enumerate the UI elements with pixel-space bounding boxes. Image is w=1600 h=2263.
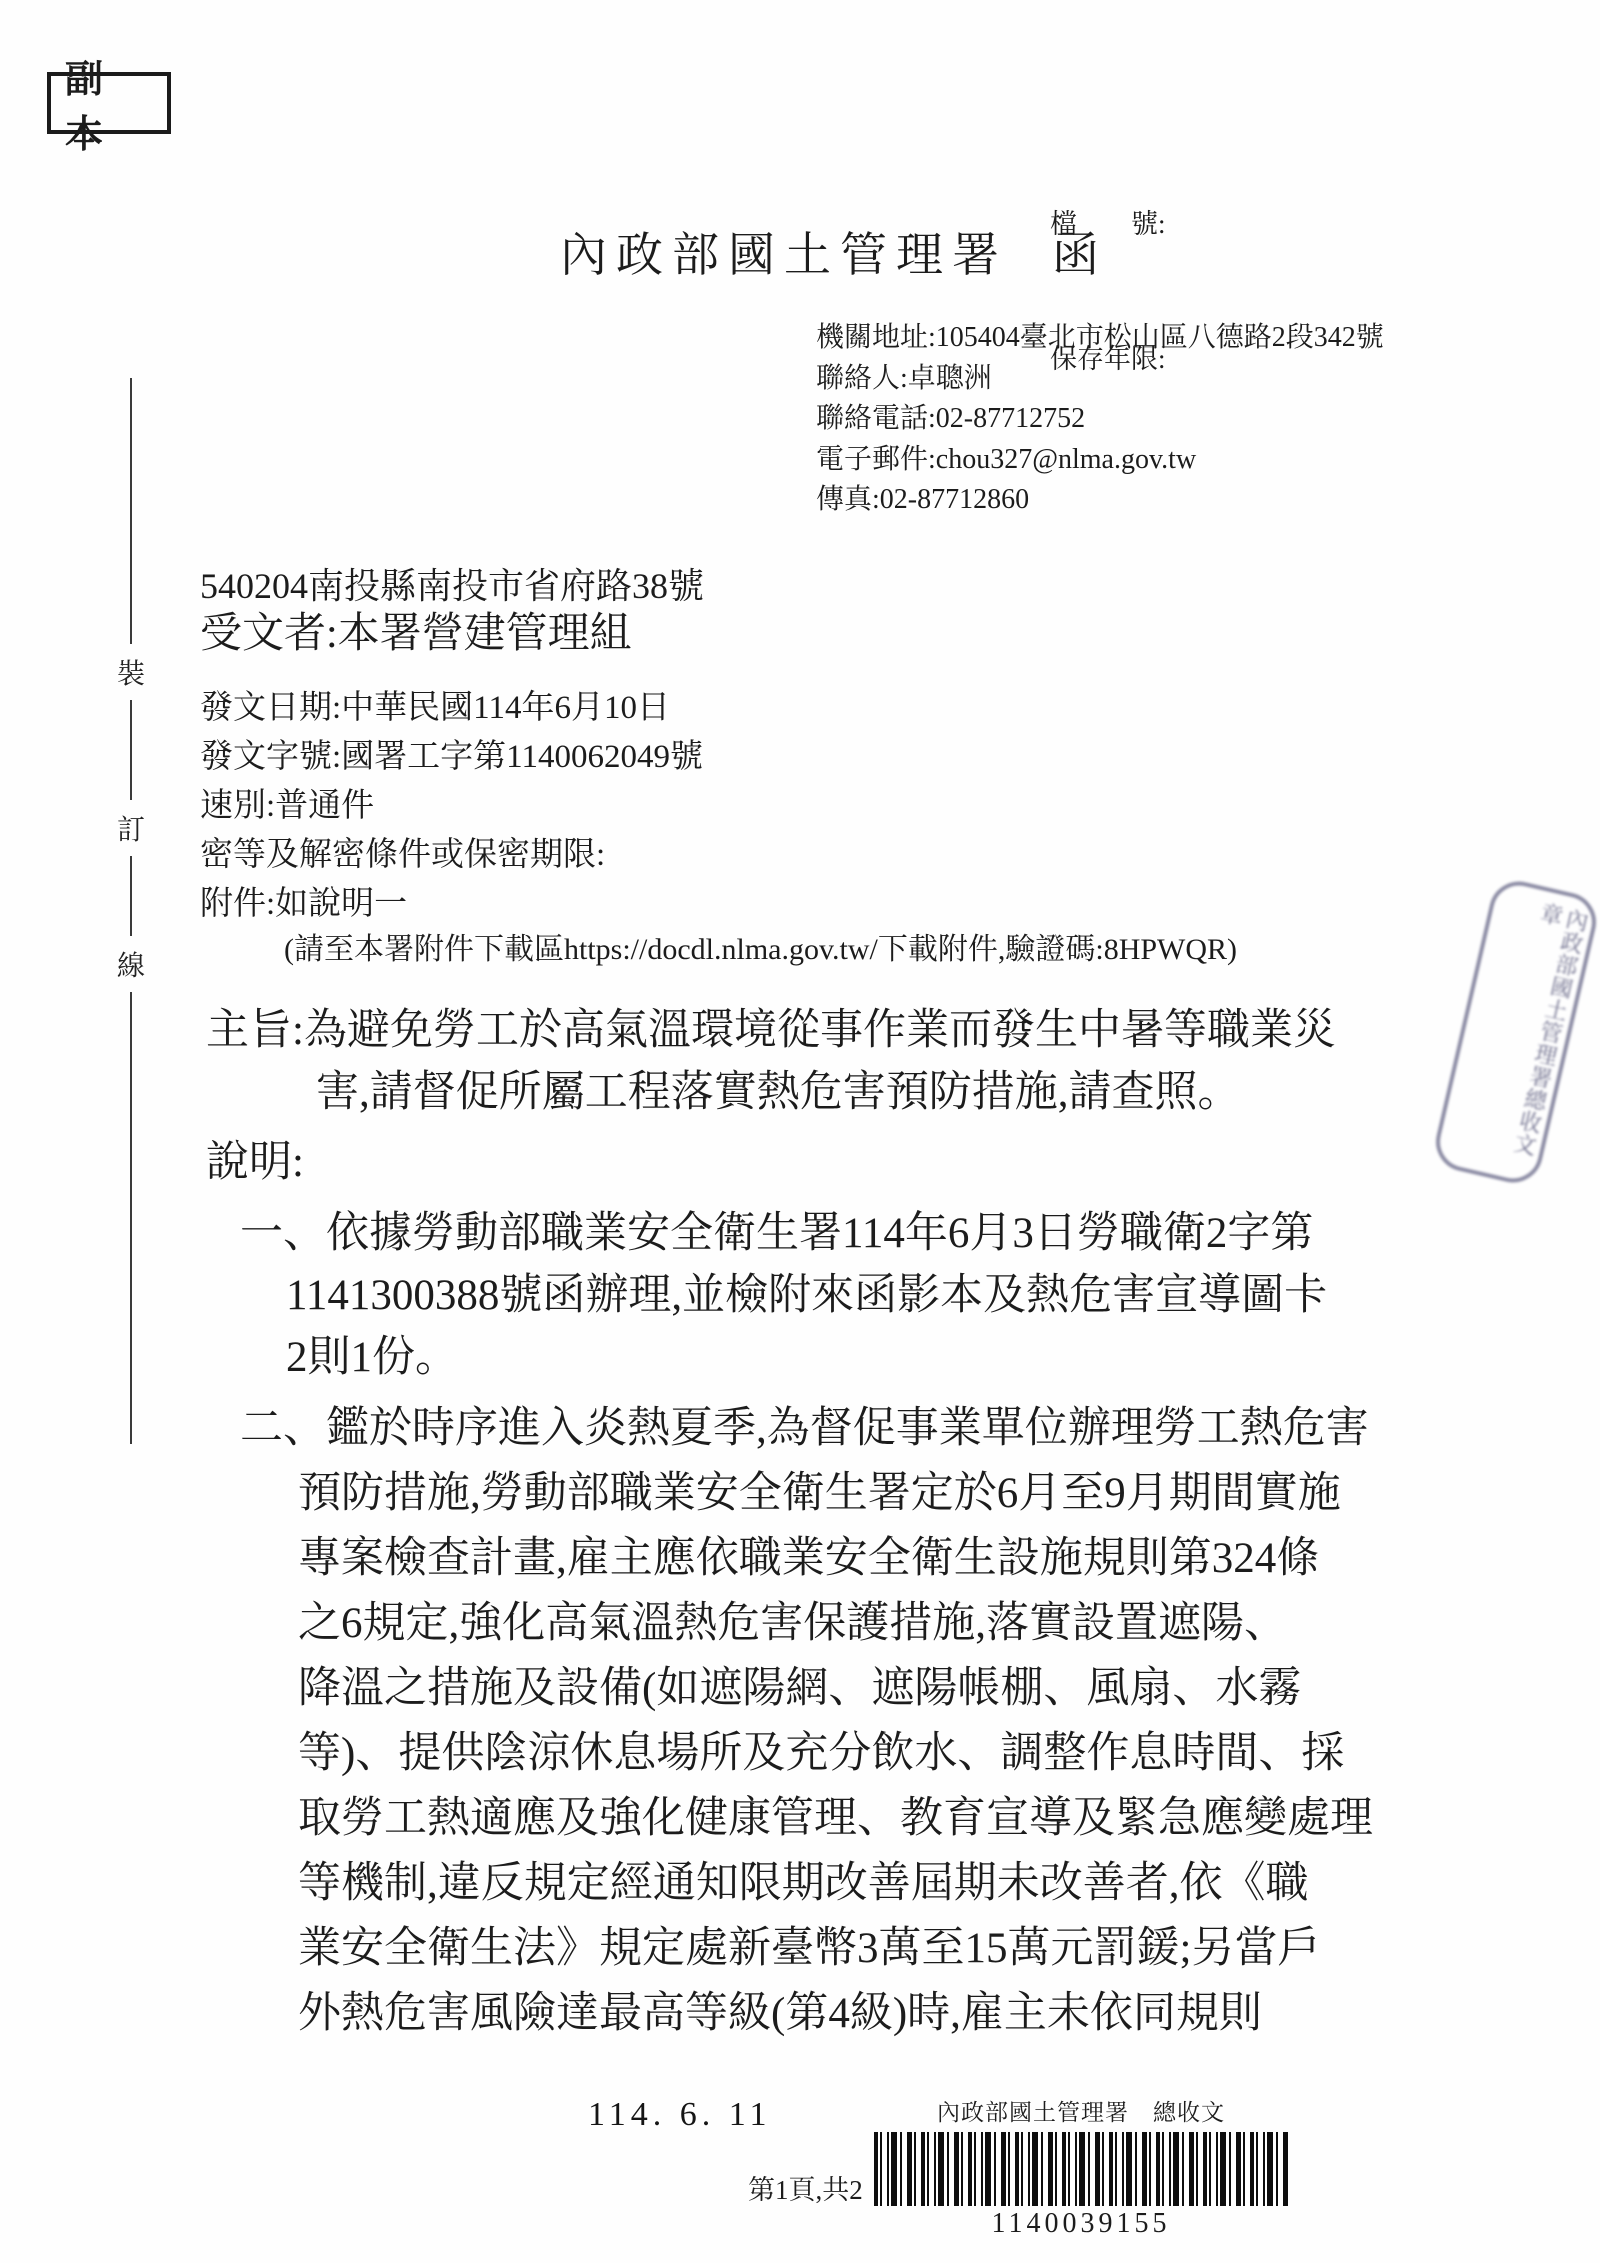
scanned-official-letter: 副本 檔 號: 保存年限: 內政部國土管理署函 機關地址:105404臺北市松山… — [0, 0, 1600, 2263]
explanation-label: 說明: — [206, 1128, 304, 1189]
text-line: 1141300388號函辦理,並檢附來函影本及熱危害宣導圖卡 — [286, 1265, 1327, 1327]
text-line: 一、依據勞動部職業安全衛生署114年6月3日勞職衛2字第 — [240, 1203, 1327, 1265]
contact-email: 電子郵件:chou327@nlma.gov.tw — [816, 440, 1384, 481]
agency-address: 機關地址:105404臺北市松山區八德路2段342號 — [816, 318, 1384, 359]
binding-char-zhuang: 裝 — [116, 644, 146, 700]
issuing-agency: 內政部國土管理署 — [560, 230, 1008, 282]
document-meta-block: 發文日期:中華民國114年6月10日 發文字號:國署工字第1140062049號… — [200, 684, 703, 929]
contact-phone: 聯絡電話:02-87712752 — [816, 399, 1384, 440]
issue-date: 發文日期:中華民國114年6月10日 — [200, 684, 703, 733]
text-line: 預防措施,勞動部職業安全衛生署定於6月至9月期間實施 — [298, 1461, 1373, 1526]
subject-paragraph: 主旨:為避免勞工於高氣溫環境從事作業而發生中暑等職業災害,請督促所屬工程落實熱危… — [206, 1000, 1336, 1124]
text-line: 專案檢查計畫,雇主應依職業安全衛生設施規則第324條 — [298, 1526, 1373, 1591]
copy-stamp: 副本 — [47, 72, 171, 134]
contact-person: 聯絡人:卓聰洲 — [816, 359, 1384, 400]
receipt-barcode-block: 內政部國土管理署 總收文 1140039155 — [874, 2094, 1288, 2240]
copy-stamp-text: 副本 — [65, 48, 167, 158]
text-line: 主旨:為避免勞工於高氣溫環境從事作業而發生中暑等職業災 — [206, 1000, 1336, 1062]
contact-block: 機關地址:105404臺北市松山區八德路2段342號 聯絡人:卓聰洲 聯絡電話:… — [816, 318, 1384, 521]
explanation-item-2: 二、鑑於時序進入炎熱夏季,為督促事業單位辦理勞工熱危害預防措施,勞動部職業安全衛… — [240, 1396, 1373, 2046]
text-line: 二、鑑於時序進入炎熱夏季,為督促事業單位辦理勞工熱危害 — [240, 1396, 1373, 1461]
recipient-name: 受文者:本署營建管理組 — [200, 600, 632, 660]
text-line: 之6規定,強化高氣溫熱危害保護措施,落實設置遮陽、 — [298, 1591, 1373, 1656]
barcode-number: 1140039155 — [874, 2208, 1288, 2240]
receipt-seal-stamp: 內政部國土管理署總收文章 — [1430, 876, 1600, 1189]
speed-class: 速別:普通件 — [200, 782, 703, 831]
text-line: 降溫之措施及設備(如遮陽網、遮陽帳棚、風扇、水霧 — [298, 1656, 1373, 1721]
text-line: 害,請督促所屬工程落實熱危害預防措施,請查照。 — [316, 1062, 1336, 1124]
attachment-download-note: (請至本署附件下載區https://docdl.nlma.gov.tw/下載附件… — [284, 924, 1237, 968]
binding-line — [130, 378, 132, 1444]
doc-type: 函 — [1052, 230, 1108, 282]
attachment: 附件:如說明一 — [200, 880, 703, 929]
receipt-header: 內政部國土管理署 總收文 — [874, 2094, 1288, 2127]
security-class: 密等及解密條件或保密期限: — [200, 831, 703, 880]
binding-char-xian: 線 — [116, 936, 146, 992]
text-line: 業安全衛生法》規定處新臺幣3萬至15萬元罰鍰;另當戶 — [298, 1916, 1373, 1981]
contact-fax: 傳真:02-87712860 — [816, 480, 1384, 521]
document-title: 內政部國土管理署函 — [560, 218, 1108, 285]
page-number-label: 第1頁,共2 — [748, 2168, 863, 2207]
text-line: 外熱危害風險達最高等級(第4級)時,雇主未依同規則 — [298, 1981, 1373, 2046]
received-date-stamp: 114. 6. 11 — [588, 2096, 771, 2134]
doc-number: 發文字號:國署工字第1140062049號 — [200, 733, 703, 782]
binding-char-ding: 訂 — [116, 800, 146, 856]
text-line: 取勞工熱適應及強化健康管理、教育宣導及緊急應變處理 — [298, 1786, 1373, 1851]
text-line: 2則1份。 — [286, 1327, 1327, 1389]
text-line: 等)、提供陰涼休息場所及充分飲水、調整作息時間、採 — [298, 1721, 1373, 1786]
text-line: 等機制,違反規定經通知限期改善屆期未改善者,依《職 — [298, 1851, 1373, 1916]
barcode — [874, 2132, 1288, 2206]
explanation-item-1: 一、依據勞動部職業安全衛生署114年6月3日勞職衛2字第1141300388號函… — [240, 1203, 1327, 1389]
